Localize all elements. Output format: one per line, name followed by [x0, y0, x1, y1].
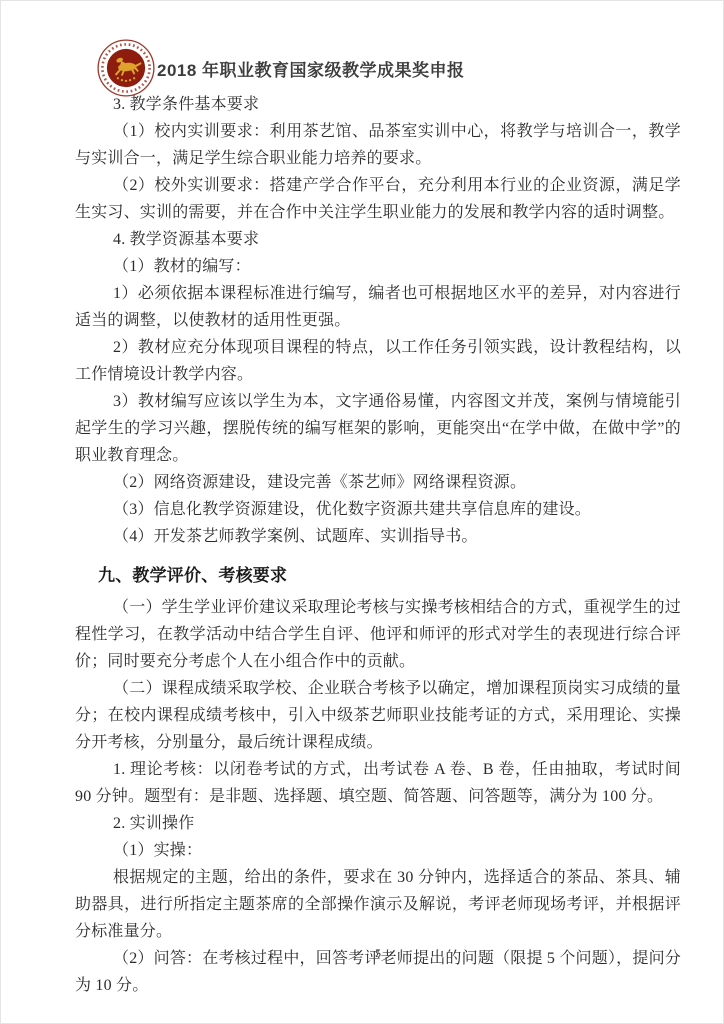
paragraph: （3）信息化教学资源建设，优化数字资源共建共享信息库的建设。: [75, 496, 681, 523]
paragraph: 3. 教学条件基本要求: [75, 91, 681, 118]
paragraph: 根据规定的主题，给出的条件，要求在 30 分钟内，选择适合的茶品、茶具、辅助器具…: [75, 864, 681, 945]
paragraph: （1）校内实训要求：利用茶艺馆、品茶室实训中心，将教学与培训合一，教学与实训合一…: [75, 118, 681, 172]
paragraph: 1. 理论考核：以闭卷考试的方式，出考试卷 A 卷、B 卷，任由抽取，考试时间 …: [75, 756, 681, 810]
paragraph: 2. 实训操作: [75, 810, 681, 837]
section-heading: 九、教学评价、考核要求: [75, 562, 681, 589]
paragraph: （二）课程成绩采取学校、企业联合考核予以确定，增加课程顶岗实习成绩的量分；在校内…: [75, 675, 681, 756]
paragraph: 2）教材应充分体现项目课程的特点，以工作任务引领实践，设计教程结构，以工作情境设…: [75, 334, 681, 388]
paragraph: （1）教材的编写：: [75, 253, 681, 280]
paragraph: 4. 教学资源基本要求: [75, 226, 681, 253]
document-page: 2018 年职业教育国家级教学成果奖申报 3. 教学条件基本要求（1）校内实训要…: [0, 0, 724, 1024]
paragraph: （4）开发茶艺师教学案例、试题库、实训指导书。: [75, 523, 681, 550]
paragraph: （1）实操：: [75, 837, 681, 864]
paragraph: （2）校外实训要求：搭建产学合作平台，充分利用本行业的企业资源，满足学生实习、实…: [75, 172, 681, 226]
paragraph: （2）网络资源建设，建设完善《茶艺师》网络课程资源。: [75, 469, 681, 496]
page-header: 2018 年职业教育国家级教学成果奖申报: [97, 39, 465, 97]
school-seal-icon: [97, 39, 155, 97]
paragraph: （一）学生学业评价建议采取理论考核与实操考核相结合的方式，重视学生的过程性学习，…: [75, 594, 681, 675]
paragraph: 3）教材编写应该以学生为本，文字通俗易懂，内容图文并茂，案例与情境能引起学生的学…: [75, 388, 681, 469]
page-title: 2018 年职业教育国家级教学成果奖申报: [157, 56, 465, 81]
document-body: 3. 教学条件基本要求（1）校内实训要求：利用茶艺馆、品茶室实训中心，将教学与培…: [75, 91, 681, 999]
page-number: 5: [75, 945, 681, 961]
paragraph: 1）必须依据本课程标准进行编写，编者也可根据地区水平的差异，对内容进行适当的调整…: [75, 280, 681, 334]
